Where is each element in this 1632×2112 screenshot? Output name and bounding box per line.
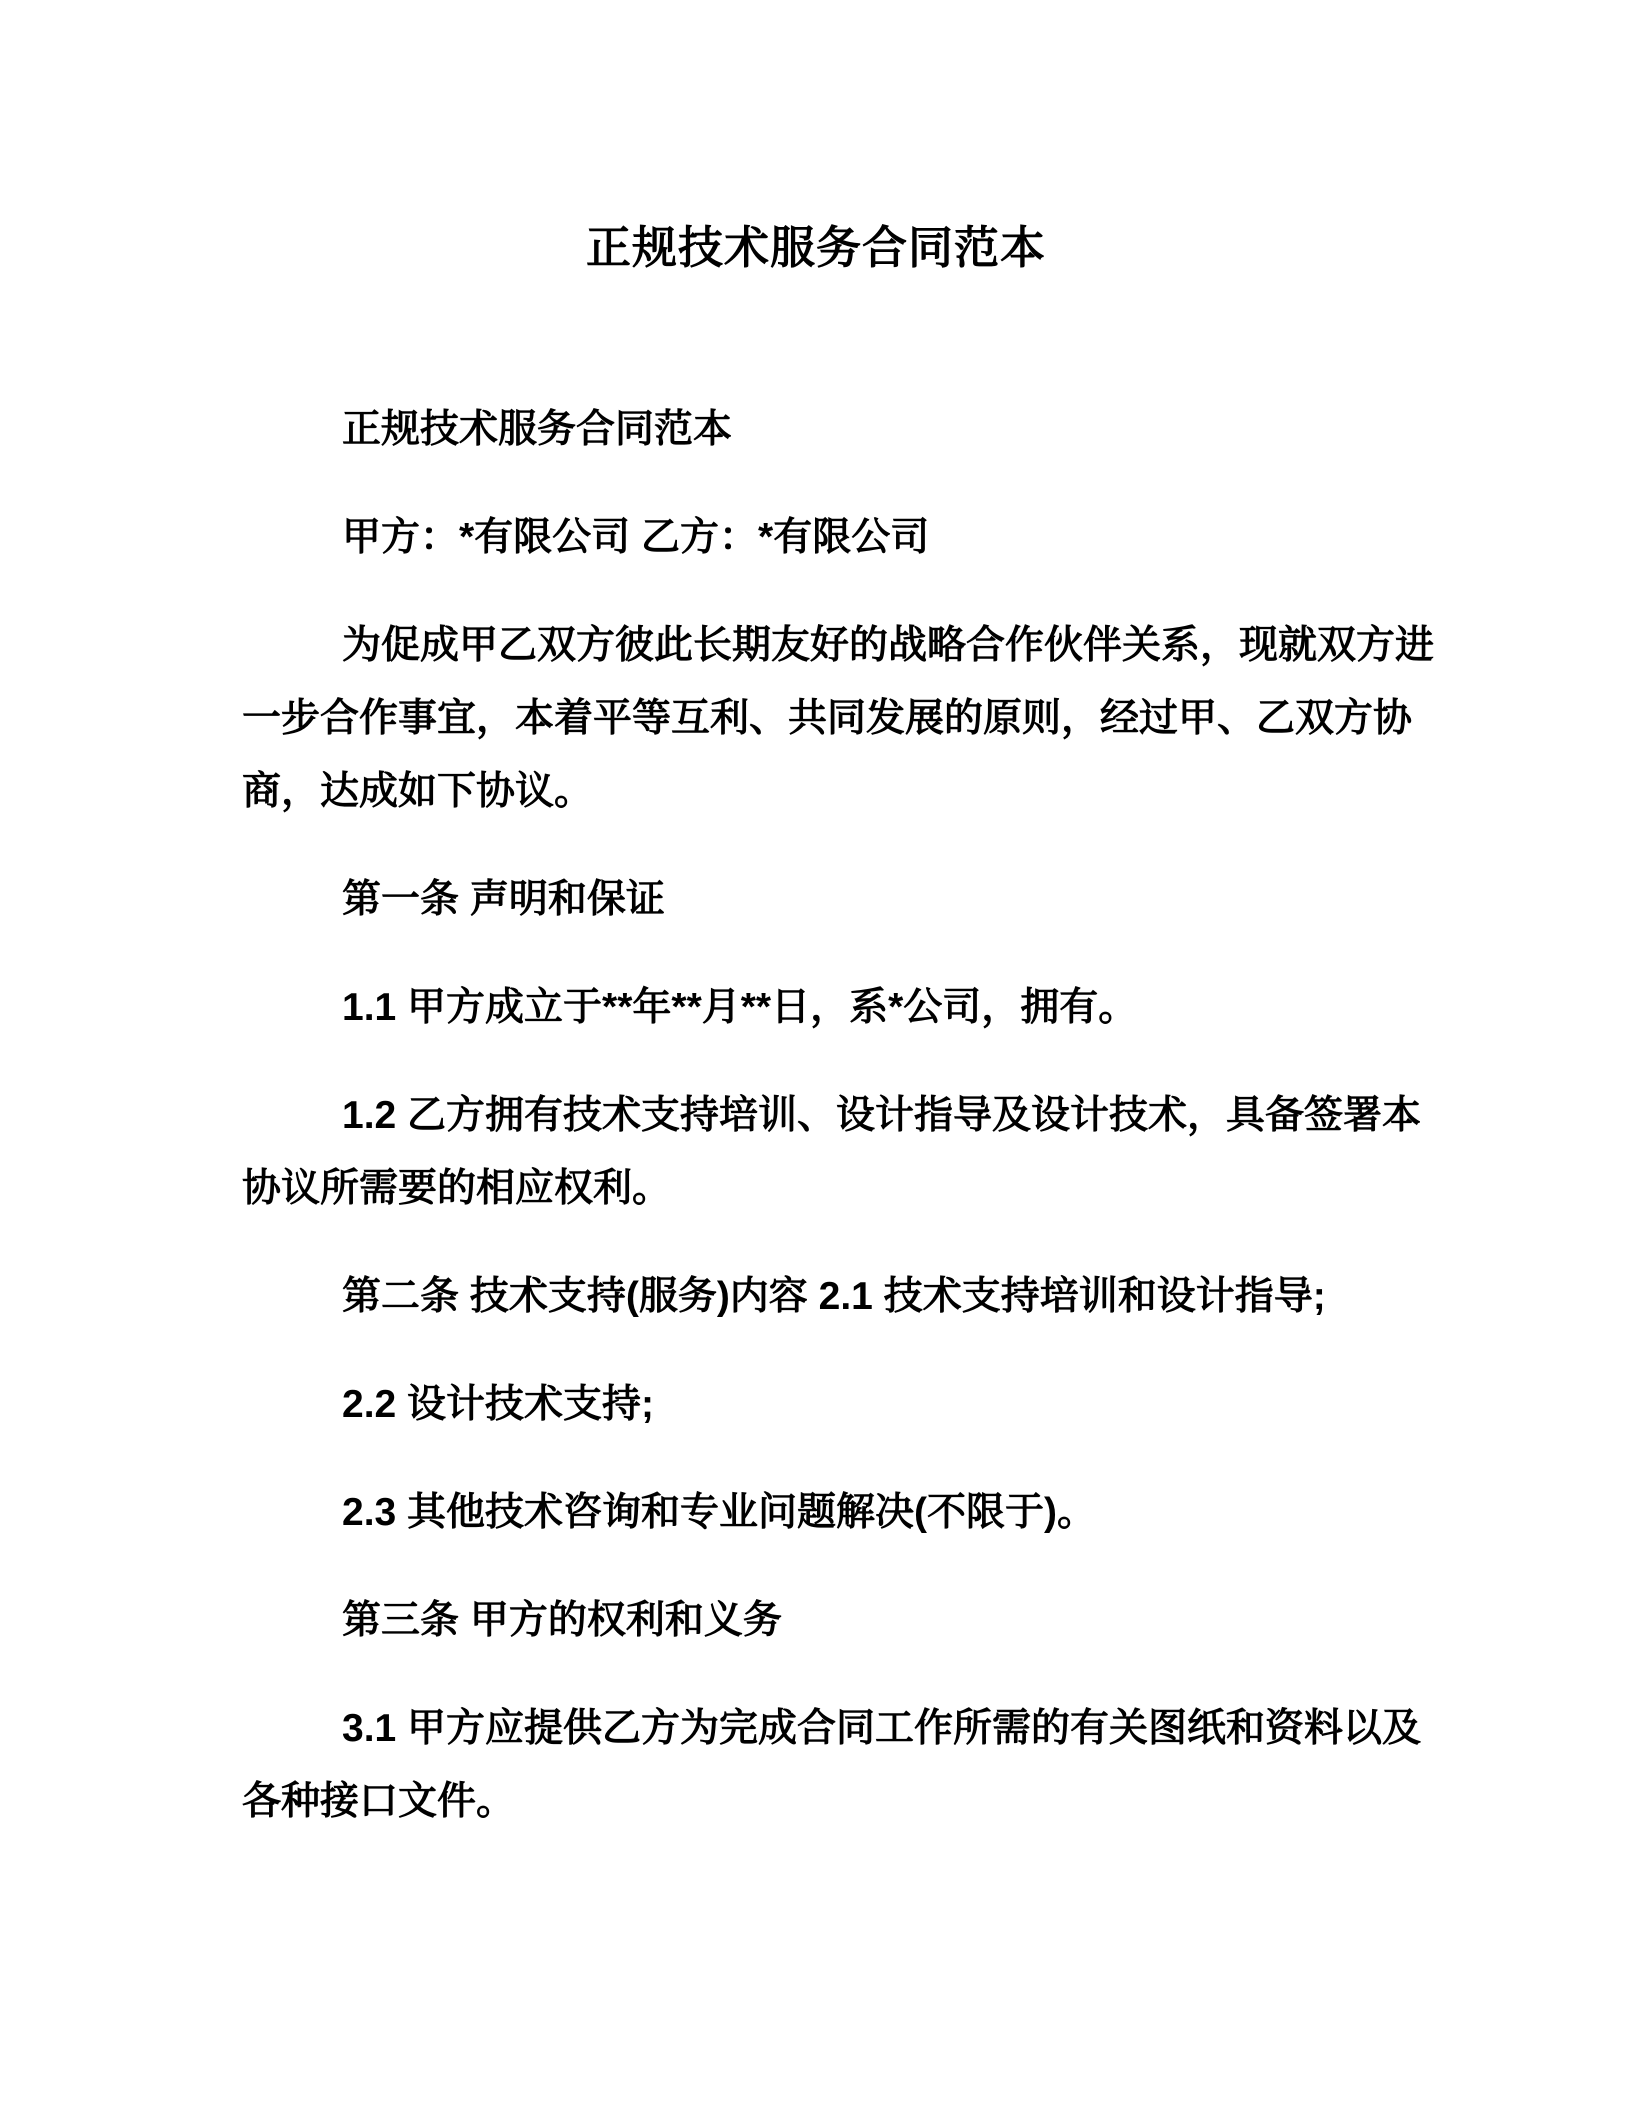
doc-line: 第一条 声明和保证 — [242, 863, 1452, 936]
document-body: 正规技术服务合同范本 甲方：*有限公司 乙方：*有限公司 为促成甲乙双方彼此长期… — [0, 393, 1632, 1838]
heading-article-2-clause-2-1: 第二条 技术支持(服务)内容 2.1 技术支持培训和设计指导; — [242, 1260, 1452, 1333]
doc-line: 第二条 技术支持(服务)内容 2.1 技术支持培训和设计指导; — [242, 1260, 1452, 1333]
para-subtitle: 正规技术服务合同范本 — [242, 393, 1452, 466]
doc-line: 为促成甲乙双方彼此长期友好的战略合作伙伴关系，现就双方进 — [242, 609, 1452, 682]
doc-line: 甲方：*有限公司 乙方：*有限公司 — [242, 501, 1452, 574]
doc-line: 3.1 甲方应提供乙方为完成合同工作所需的有关图纸和资料以及 — [242, 1692, 1452, 1765]
doc-line: 各种接口文件。 — [242, 1765, 1452, 1838]
clause-3-1: 3.1 甲方应提供乙方为完成合同工作所需的有关图纸和资料以及 各种接口文件。 — [242, 1692, 1452, 1838]
heading-article-3: 第三条 甲方的权利和义务 — [242, 1584, 1452, 1657]
doc-line: 1.1 甲方成立于**年**月**日，系*公司，拥有。 — [242, 971, 1452, 1044]
doc-line: 第三条 甲方的权利和义务 — [242, 1584, 1452, 1657]
heading-article-1: 第一条 声明和保证 — [242, 863, 1452, 936]
doc-line: 协议所需要的相应权利。 — [242, 1152, 1452, 1225]
clause-2-2: 2.2 设计技术支持; — [242, 1368, 1452, 1441]
doc-line: 一步合作事宜，本着平等互利、共同发展的原则，经过甲、乙双方协 — [242, 682, 1452, 755]
document-title: 正规技术服务合同范本 — [0, 222, 1632, 274]
doc-line: 2.3 其他技术咨询和专业问题解决(不限于)。 — [242, 1476, 1452, 1549]
doc-line: 2.2 设计技术支持; — [242, 1368, 1452, 1441]
doc-line: 1.2 乙方拥有技术支持培训、设计指导及设计技术，具备签署本 — [242, 1079, 1452, 1152]
clause-2-3: 2.3 其他技术咨询和专业问题解决(不限于)。 — [242, 1476, 1452, 1549]
para-parties: 甲方：*有限公司 乙方：*有限公司 — [242, 501, 1452, 574]
doc-line: 商，达成如下协议。 — [242, 755, 1452, 828]
clause-1-1: 1.1 甲方成立于**年**月**日，系*公司，拥有。 — [242, 971, 1452, 1044]
clause-1-2: 1.2 乙方拥有技术支持培训、设计指导及设计技术，具备签署本 协议所需要的相应权… — [242, 1079, 1452, 1225]
para-preamble: 为促成甲乙双方彼此长期友好的战略合作伙伴关系，现就双方进 一步合作事宜，本着平等… — [242, 609, 1452, 828]
contract-document-page: 正规技术服务合同范本 正规技术服务合同范本 甲方：*有限公司 乙方：*有限公司 … — [0, 0, 1632, 2112]
doc-line: 正规技术服务合同范本 — [242, 393, 1452, 466]
